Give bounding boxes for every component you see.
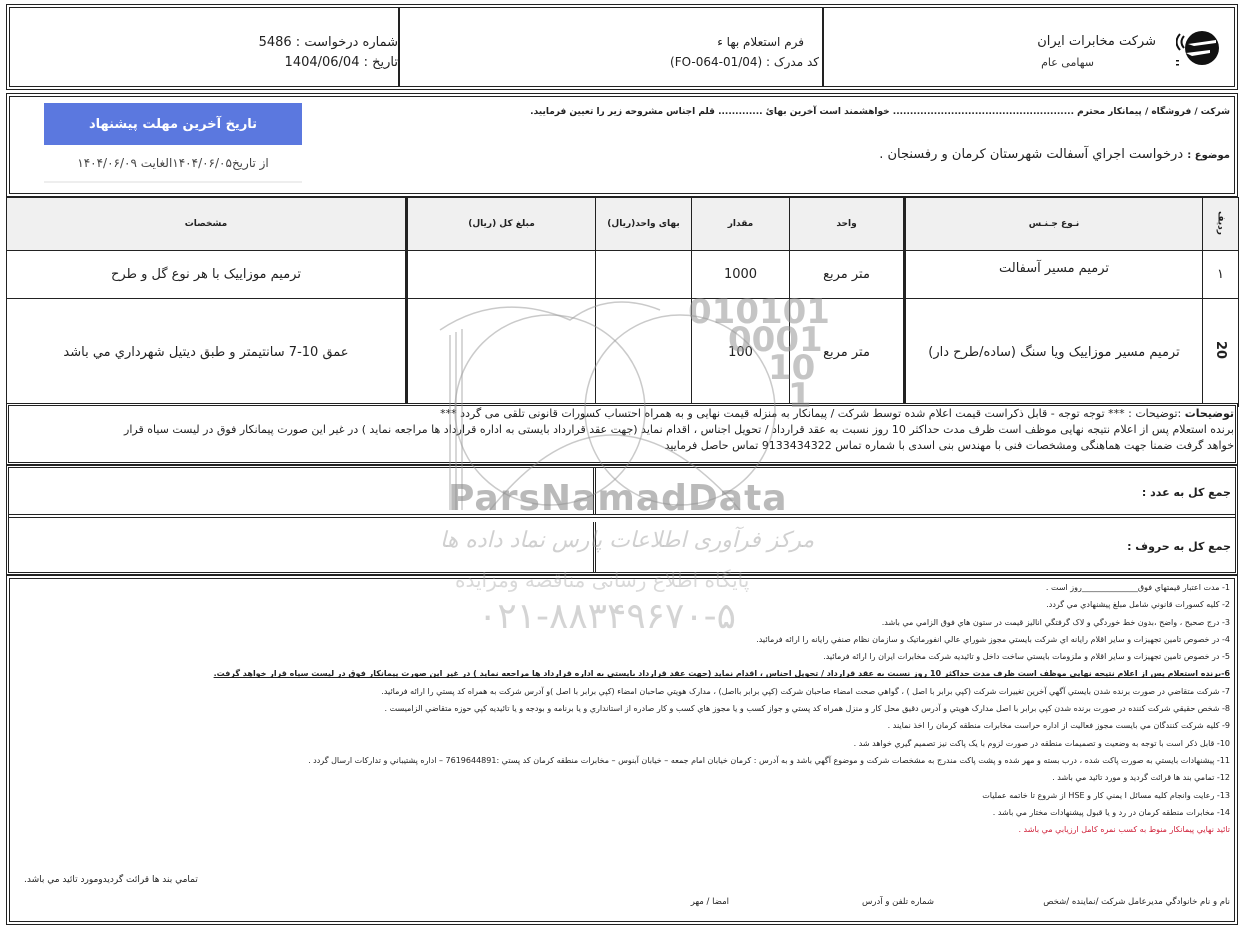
term-item-final-approval: تائید نهایي پیمانکار منوط به کسب نمره کا… (10, 821, 1230, 838)
deadline-title: تاریخ آخرین مهلت پیشنهاد (44, 103, 302, 145)
signature-stamp-label: امضا / مهر (691, 897, 729, 907)
intro-section: شرکت / فروشگاه / پیمانکار محترم ........… (6, 93, 1238, 197)
term-item: 3- درج صحیح ، واضح ،بدون خط خوردگي و لاک… (10, 614, 1230, 631)
term-item: 14- مخابرات منطقه کرمان در رد و یا قبول … (10, 804, 1230, 821)
term-item: 6-برنده استعلام پس از اعلام نتیجه نهایي … (10, 665, 1230, 682)
deadline-range: از تاریخ۱۴۰۴/۰۶/۰۵الغایت ۱۴۰۴/۰۶/۰۹ (44, 145, 302, 183)
cell-unit-price[interactable] (596, 299, 692, 407)
col-header-unit: واحد (790, 198, 905, 251)
form-code: کد مدرک : (FO-064-01/04) (670, 55, 819, 69)
term-item: 4- در خصوص تامین تجهیزات و سایر اقلام را… (10, 631, 1230, 648)
col-header-unit-price: بهای واحد(ریال) (596, 198, 692, 251)
terms-section: 1- مدت اعتبار قیمتهاي فوق______________ر… (6, 575, 1238, 925)
cell-specs: عمق 10-7 سانتیمتر و طبق دیتیل شهرداري مي… (7, 299, 407, 407)
signature-phone-label: شماره تلفن و آدرس (862, 897, 934, 907)
subject-text: درخواست اجراي آسفالت شهرستان کرمان و رفس… (879, 147, 1183, 162)
table-header-row: ردیف نـوع جـنـس واحد مقدار بهای واحد(ریا… (7, 198, 1239, 251)
notes-line-2: برنده استعلام پس از اعلام نتیجه نهایی مو… (9, 422, 1235, 438)
totals-divider (593, 522, 596, 572)
total-words-label: جمع کل به حروف : (1127, 540, 1231, 553)
cell-unit-price[interactable] (596, 251, 692, 299)
total-numeric-label: جمع کل به عدد : (1142, 486, 1231, 499)
col-header-total: مبلغ کل (ریال) (407, 198, 596, 251)
subject-label: موضوع : (1187, 150, 1230, 161)
document-header: شرکت مخابرات ایران سهامی عام فرم استعلام… (6, 4, 1238, 90)
notes-section: توضیحات :توضیحات : *** توجه توجه - قابل … (6, 403, 1238, 465)
col-header-qty: مقدار (692, 198, 790, 251)
table-row: ۱ ترمیم مسیر آسفالت متر مربع 1000 ترمیم … (7, 251, 1239, 299)
tci-logo-icon (1176, 26, 1226, 70)
term-item: 7- شرکت متقاضي در صورت برنده شدن بایستي … (10, 683, 1230, 700)
cell-total[interactable] (407, 299, 596, 407)
deadline-box: تاریخ آخرین مهلت پیشنهاد از تاریخ۱۴۰۴/۰۶… (44, 103, 302, 183)
cell-row: ۱ (1203, 251, 1239, 299)
notes-line-3: خواهد گرفت ضمنا جهت هماهنگی ومشخصات فنی … (9, 438, 1235, 454)
notes-line-1: توضیحات :توضیحات : *** توجه توجه - قابل … (9, 406, 1235, 422)
items-table: ردیف نـوع جـنـس واحد مقدار بهای واحد(ریا… (6, 197, 1239, 407)
totals-section: جمع کل به عدد : جمع کل به حروف : (6, 465, 1238, 575)
term-item: 9- کلیه شرکت کنندگان مي بایست مجوز فعالی… (10, 717, 1230, 734)
totals-divider (593, 468, 596, 514)
total-words-field[interactable] (9, 522, 593, 572)
signature-name-label: نام و نام خانوادگي مدیرعامل شرکت /نمایند… (1043, 897, 1230, 907)
cell-total[interactable] (407, 251, 596, 299)
term-item: 8- شخص حقیقي شرکت کننده در صورت برنده شد… (10, 700, 1230, 717)
term-item: 10- قابل ذکر است با توجه به وضعیت و تصمی… (10, 735, 1230, 752)
cell-qty: 100 (692, 299, 790, 407)
term-item: 1- مدت اعتبار قیمتهاي فوق______________ر… (10, 579, 1230, 596)
request-date: تاریخ : 1404/06/04 (285, 55, 398, 70)
cell-unit: متر مربع (790, 299, 905, 407)
term-item: 5- در خصوص تامین تجهیزات و سایر اقلام و … (10, 648, 1230, 665)
col-header-row: ردیف (1203, 198, 1239, 251)
company-name: شرکت مخابرات ایران (1037, 34, 1156, 49)
cell-item: ترمیم مسیر آسفالت (905, 251, 1203, 299)
term-item: 2- کلیه کسورات قانوني شامل مبلغ پیشنهادي… (10, 596, 1230, 613)
cell-unit: متر مربع (790, 251, 905, 299)
cell-row: 20 (1203, 299, 1239, 407)
subject: موضوع : درخواست اجراي آسفالت شهرستان کرم… (879, 147, 1230, 162)
term-item: 11- پیشنهادات بایستي به صورت پاکت شده ، … (10, 752, 1230, 769)
header-divider (822, 8, 824, 86)
intro-line: شرکت / فروشگاه / پیمانکار محترم ........… (530, 107, 1230, 117)
terms-list: 1- مدت اعتبار قیمتهاي فوق______________ر… (10, 579, 1234, 838)
cell-specs: ترمیم موزاییک با هر نوع گل و طرح (7, 251, 407, 299)
table-row: 20 ترمیم مسیر موزاییک ویا سنگ (ساده/طرح … (7, 299, 1239, 407)
col-header-item: نـوع جـنـس (905, 198, 1203, 251)
acknowledgement: تمامي بند ها قرائت گردیدومورد تائید مي ب… (24, 875, 198, 885)
total-words-row: جمع کل به حروف : (9, 522, 1235, 572)
total-numeric-field[interactable] (9, 468, 593, 518)
request-number: شماره درخواست : 5486 (259, 35, 398, 50)
term-item: 12- تمامي بند ها قرائت گردید و مورد تائی… (10, 769, 1230, 786)
cell-item: ترمیم مسیر موزاییک ویا سنگ (ساده/طرح دار… (905, 299, 1203, 407)
form-title: فرم استعلام بها ء (717, 35, 804, 49)
company-type: سهامی عام (1041, 56, 1094, 69)
cell-qty: 1000 (692, 251, 790, 299)
term-item: 13- رعایت وانجام کلیه مسائل ا یمني کار و… (10, 787, 1230, 804)
col-header-specs: مشخصات (7, 198, 407, 251)
header-divider (398, 8, 400, 86)
total-numeric-row: جمع کل به عدد : (9, 468, 1235, 518)
